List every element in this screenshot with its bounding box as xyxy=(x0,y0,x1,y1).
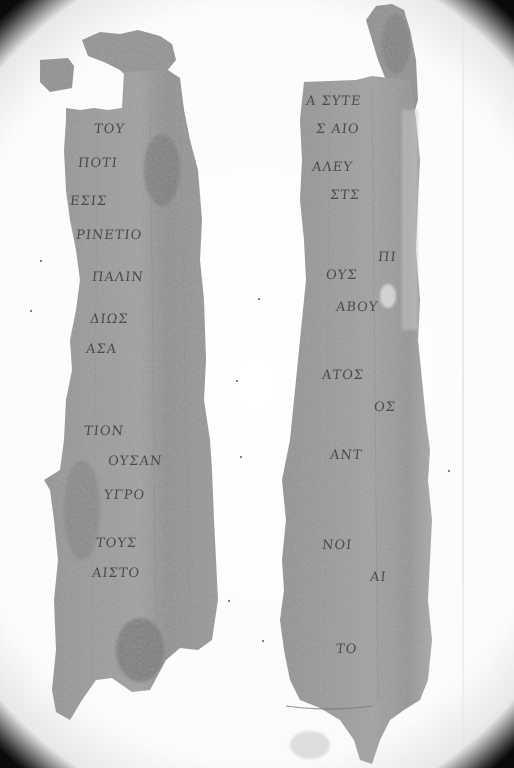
debris-speck xyxy=(240,456,242,458)
debris-speck xyxy=(258,298,260,300)
greek-text-line: ΣΤΣ xyxy=(329,188,361,203)
greek-text-line: ΑΙΣΤΟ xyxy=(91,566,141,581)
greek-text-line: ΟΣ xyxy=(373,400,396,415)
debris-speck xyxy=(448,470,450,472)
greek-text-line: Σ ΑΙΟ xyxy=(315,122,360,137)
debris-speck xyxy=(236,380,238,382)
greek-text-line: Α ΣΥΤΕ xyxy=(305,94,362,109)
greek-text-line: ΑΤΟΣ xyxy=(321,368,364,383)
greek-text-line: ΥΓΡΟ xyxy=(103,488,146,503)
greek-text-line: ΤΙΟΝ xyxy=(83,424,124,439)
greek-text-line: ΑΙ xyxy=(369,570,387,585)
greek-text-line: ΑΒΟΥ xyxy=(335,300,379,315)
debris-speck xyxy=(262,640,264,642)
debris-speck xyxy=(228,600,230,602)
left-fragment xyxy=(40,30,218,720)
greek-text-line: ΔΙΩΣ xyxy=(89,312,129,327)
fragments-svg xyxy=(0,0,514,768)
greek-text-line: ΟΥΣΑΝ xyxy=(107,454,163,469)
greek-text-line: ΑΛΕΥ xyxy=(311,160,353,175)
papyrus-photograph: ΤΟΥ ΠΟΤΙ ΕΣΙΣ ΡΙΝΕΤΙΟ ΠΑΛΙΝ ΔΙΩΣ ΑΣΑ ΤΙΟ… xyxy=(0,0,514,768)
greek-text-line: ΟΥΣ xyxy=(325,268,358,283)
debris-speck xyxy=(40,260,42,262)
greek-text-line: ΤΟ xyxy=(335,642,358,657)
greek-text-line: ΕΣΙΣ xyxy=(69,194,108,209)
greek-text-line: ΤΟΥΣ xyxy=(95,536,138,551)
greek-text-line: ΠΙ xyxy=(377,250,397,265)
greek-text-line: ΠΟΤΙ xyxy=(77,156,118,171)
greek-text-line: ΑΣΑ xyxy=(85,342,118,357)
greek-text-line: ΡΙΝΕΤΙΟ xyxy=(75,228,143,243)
greek-text-line: ΠΑΛΙΝ xyxy=(91,270,144,285)
greek-text-line: ΑΝΤ xyxy=(329,448,363,463)
greek-text-line: ΤΟΥ xyxy=(93,122,125,137)
greek-text-line: ΝΟΙ xyxy=(321,538,353,553)
debris-speck xyxy=(30,310,32,312)
